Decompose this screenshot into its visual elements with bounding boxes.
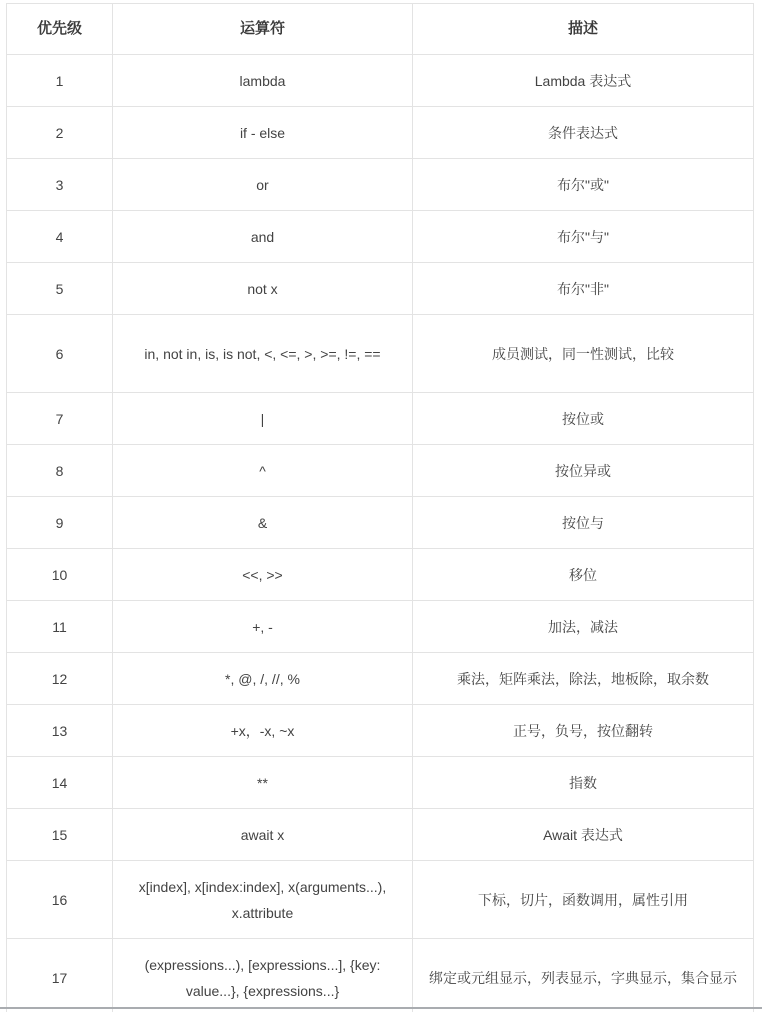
- page-bottom-divider: [0, 1007, 762, 1009]
- priority-cell: 10: [7, 549, 113, 601]
- priority-cell: 13: [7, 705, 113, 757]
- table-body: 1lambdaLambda 表达式2if - else条件表达式3or布尔"或"…: [7, 55, 754, 1012]
- operator-cell: not x: [113, 263, 413, 315]
- table-row: 3or布尔"或": [7, 159, 754, 211]
- description-cell: 按位或: [413, 393, 754, 445]
- table-row: 12*, @, /, //, %乘法，矩阵乘法，除法，地板除，取余数: [7, 653, 754, 705]
- table-row: 17(expressions...), [expressions...], {k…: [7, 939, 754, 1012]
- table-row: 8^按位异或: [7, 445, 754, 497]
- priority-cell: 4: [7, 211, 113, 263]
- description-cell: 指数: [413, 757, 754, 809]
- operator-cell: await x: [113, 809, 413, 861]
- table-row: 16x[index], x[index:index], x(arguments.…: [7, 861, 754, 939]
- operator-cell: *, @, /, //, %: [113, 653, 413, 705]
- priority-cell: 5: [7, 263, 113, 315]
- table-row: 4and布尔"与": [7, 211, 754, 263]
- operator-cell: if - else: [113, 107, 413, 159]
- operator-cell: and: [113, 211, 413, 263]
- description-cell: Await 表达式: [413, 809, 754, 861]
- table-row: 11+, -加法，减法: [7, 601, 754, 653]
- table-row: 6in, not in, is, is not, <, <=, >, >=, !…: [7, 315, 754, 393]
- operator-cell: in, not in, is, is not, <, <=, >, >=, !=…: [113, 315, 413, 393]
- table-row: 10<<, >>移位: [7, 549, 754, 601]
- priority-cell: 7: [7, 393, 113, 445]
- operator-cell: **: [113, 757, 413, 809]
- description-cell: 加法，减法: [413, 601, 754, 653]
- table-header: 优先级 运算符 描述: [7, 4, 754, 55]
- priority-cell: 6: [7, 315, 113, 393]
- table-row: 13+x，-x, ~x正号，负号，按位翻转: [7, 705, 754, 757]
- operator-precedence-table-container: 优先级 运算符 描述 1lambdaLambda 表达式2if - else条件…: [6, 3, 753, 1012]
- operator-cell: +, -: [113, 601, 413, 653]
- description-cell: 布尔"或": [413, 159, 754, 211]
- table-row: 1lambdaLambda 表达式: [7, 55, 754, 107]
- priority-cell: 14: [7, 757, 113, 809]
- priority-cell: 12: [7, 653, 113, 705]
- table-row: 15await xAwait 表达式: [7, 809, 754, 861]
- description-cell: 布尔"非": [413, 263, 754, 315]
- priority-cell: 16: [7, 861, 113, 939]
- description-cell: 条件表达式: [413, 107, 754, 159]
- description-cell: 下标，切片，函数调用，属性引用: [413, 861, 754, 939]
- operator-cell: x[index], x[index:index], x(arguments...…: [113, 861, 413, 939]
- description-cell: Lambda 表达式: [413, 55, 754, 107]
- table-row: 7|按位或: [7, 393, 754, 445]
- description-cell: 布尔"与": [413, 211, 754, 263]
- operator-cell: (expressions...), [expressions...], {key…: [113, 939, 413, 1012]
- operator-cell: lambda: [113, 55, 413, 107]
- table-header-row: 优先级 运算符 描述: [7, 4, 754, 55]
- column-header-priority: 优先级: [7, 4, 113, 55]
- operator-cell: ^: [113, 445, 413, 497]
- description-cell: 绑定或元组显示，列表显示，字典显示，集合显示: [413, 939, 754, 1012]
- description-cell: 乘法，矩阵乘法，除法，地板除，取余数: [413, 653, 754, 705]
- description-cell: 成员测试，同一性测试，比较: [413, 315, 754, 393]
- description-cell: 按位与: [413, 497, 754, 549]
- description-cell: 移位: [413, 549, 754, 601]
- operator-cell: |: [113, 393, 413, 445]
- operator-cell: or: [113, 159, 413, 211]
- priority-cell: 9: [7, 497, 113, 549]
- column-header-description: 描述: [413, 4, 754, 55]
- table-row: 5not x布尔"非": [7, 263, 754, 315]
- table-row: 9&按位与: [7, 497, 754, 549]
- priority-cell: 1: [7, 55, 113, 107]
- operator-cell: &: [113, 497, 413, 549]
- description-cell: 按位异或: [413, 445, 754, 497]
- priority-cell: 11: [7, 601, 113, 653]
- operator-cell: +x，-x, ~x: [113, 705, 413, 757]
- description-cell: 正号，负号，按位翻转: [413, 705, 754, 757]
- operator-precedence-table: 优先级 运算符 描述 1lambdaLambda 表达式2if - else条件…: [6, 3, 754, 1012]
- priority-cell: 15: [7, 809, 113, 861]
- column-header-operator: 运算符: [113, 4, 413, 55]
- priority-cell: 2: [7, 107, 113, 159]
- priority-cell: 17: [7, 939, 113, 1012]
- table-row: 14**指数: [7, 757, 754, 809]
- priority-cell: 8: [7, 445, 113, 497]
- table-row: 2if - else条件表达式: [7, 107, 754, 159]
- priority-cell: 3: [7, 159, 113, 211]
- operator-cell: <<, >>: [113, 549, 413, 601]
